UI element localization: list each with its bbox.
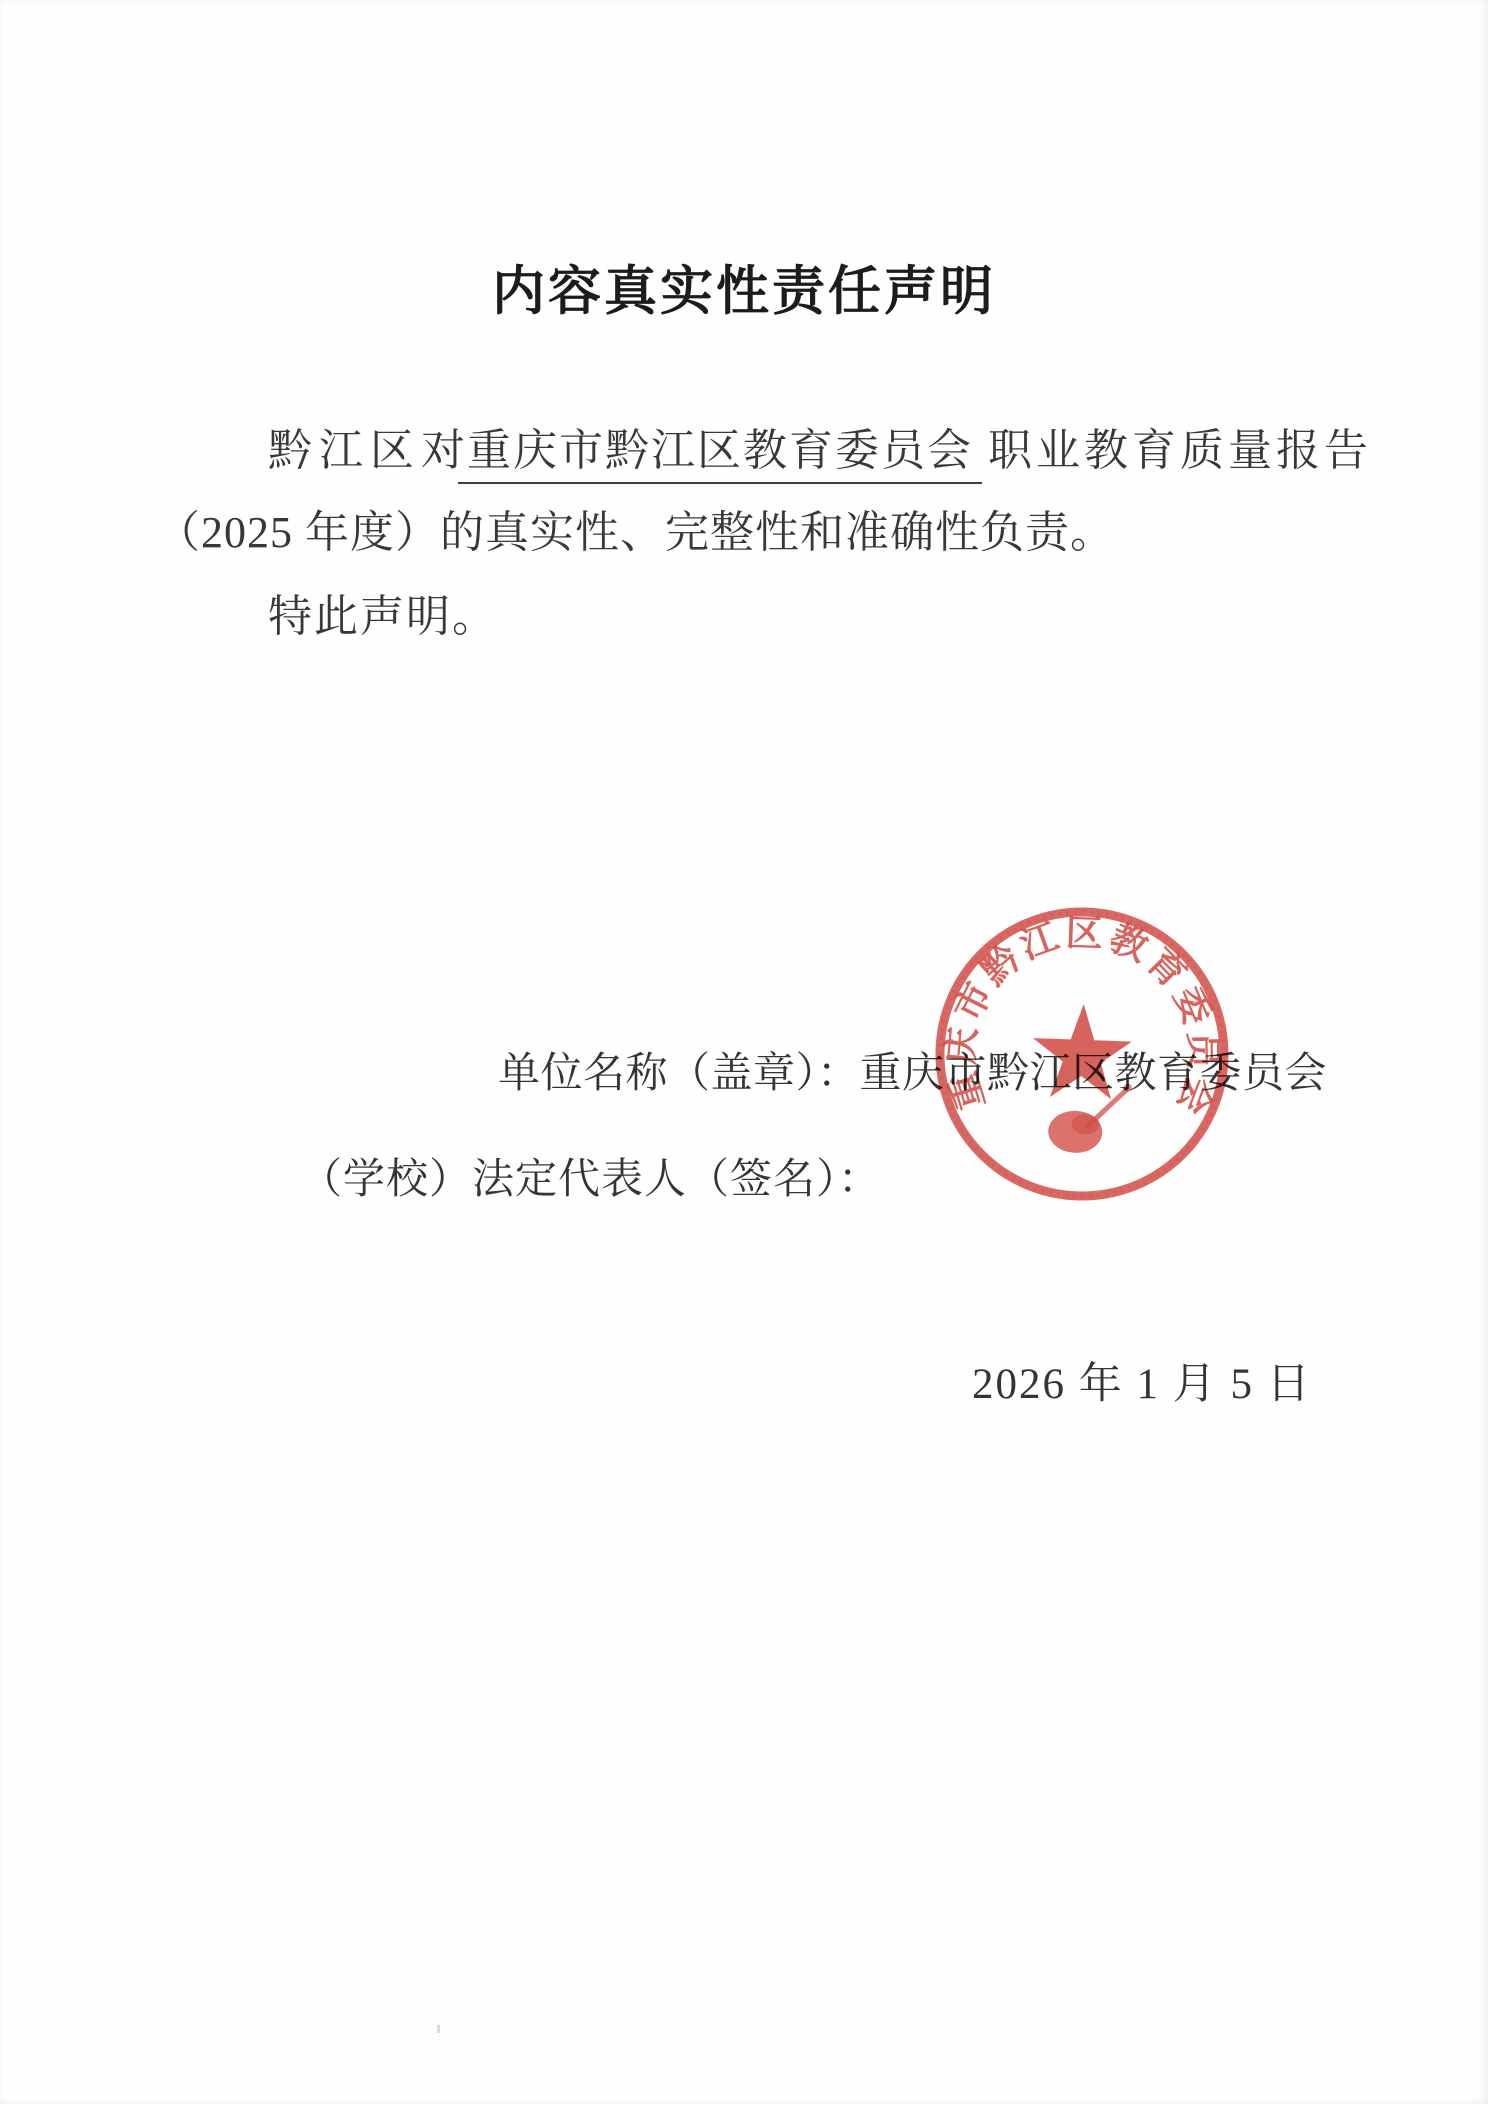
body-line1-underlined-org: 重庆市黔江区教育委员会 — [458, 426, 982, 484]
declaration-page: 内容真实性责任声明 黔江区对 重庆市黔江区教育委员会 职业教育质量报告 （202… — [0, 0, 1488, 2104]
official-seal: 重庆市黔江区教育委员会 — [927, 899, 1237, 1209]
org-name-label: 单位名称（盖章）： — [498, 1051, 860, 1097]
body-line1-prefix: 黔江区对 — [268, 426, 472, 477]
scan-speck — [437, 2025, 440, 2033]
body-line2: （2025 年度）的真实性、完整性和准确性负责。 — [156, 508, 1115, 559]
star-icon — [1031, 1002, 1133, 1099]
body-line1-suffix: 职业教育质量报告 — [988, 426, 1372, 477]
page-title: 内容真实性责任声明 — [0, 262, 1488, 323]
seal-ink-smudge — [1048, 1081, 1132, 1155]
date-line: 2026 年 1 月 5 日 — [972, 1360, 1312, 1409]
body-line3: 特此声明。 — [268, 592, 498, 643]
legal-representative-line: （学校）法定代表人（签名）： — [300, 1156, 881, 1204]
